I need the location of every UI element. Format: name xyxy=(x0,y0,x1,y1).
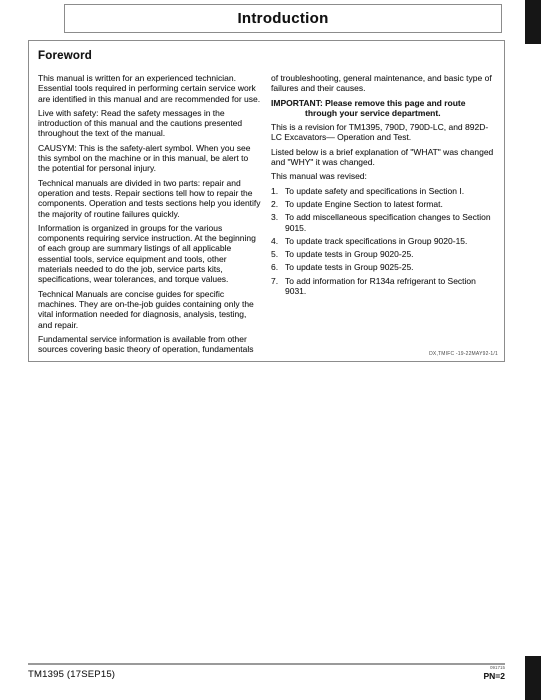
foreword-paragraph: Technical Manuals are concise guides for… xyxy=(38,289,262,330)
revision-item: 2. To update Engine Section to latest fo… xyxy=(271,199,499,209)
foreword-paragraph: Technical manuals are divided in two par… xyxy=(38,178,262,219)
section-edge-tab-top xyxy=(525,0,541,44)
revision-item: 5. To update tests in Group 9020-25. xyxy=(271,249,499,259)
revision-text: To update safety and specifications in S… xyxy=(285,186,499,196)
footer-print-code: 091715 xyxy=(490,665,505,670)
foreword-paragraph: Listed below is a brief explanation of "… xyxy=(271,147,499,168)
foreword-right-column: of troubleshooting, general maintenance,… xyxy=(271,73,499,299)
revision-number: 1. xyxy=(271,186,285,196)
footer-rule xyxy=(28,663,505,665)
foreword-paragraph: Live with safety: Read the safety messag… xyxy=(38,108,262,139)
important-note: IMPORTANT: Please remove this page and r… xyxy=(271,98,499,119)
revision-text: To update track specifications in Group … xyxy=(285,236,499,246)
revision-text: To update Engine Section to latest forma… xyxy=(285,199,499,209)
revision-text: To update tests in Group 9025-25. xyxy=(285,262,499,272)
page-title: Introduction xyxy=(237,10,328,27)
revised-label: This manual was revised: xyxy=(271,171,499,181)
footer-manual-id: TM1395 (17SEP15) xyxy=(28,669,115,680)
revision-number: 3. xyxy=(271,212,285,233)
revision-item: 1. To update safety and specifications i… xyxy=(271,186,499,196)
foreword-left-column: This manual is written for an experience… xyxy=(38,73,262,358)
revision-number: 7. xyxy=(271,276,285,297)
revision-number: 4. xyxy=(271,236,285,246)
foreword-paragraph: Fundamental service information is avail… xyxy=(38,334,262,355)
manual-page: Introduction Foreword This manual is wri… xyxy=(0,0,541,700)
revision-item: 7. To add information for R134a refriger… xyxy=(271,276,499,297)
foreword-box: Foreword This manual is written for an e… xyxy=(28,40,505,362)
revision-text: To add information for R134a refrigerant… xyxy=(285,276,499,297)
revision-number: 2. xyxy=(271,199,285,209)
section-edge-tab-bottom xyxy=(525,656,541,700)
revision-text: To update tests in Group 9020-25. xyxy=(285,249,499,259)
revision-item: 3. To add miscellaneous specification ch… xyxy=(271,212,499,233)
footer-page-number: PN=2 xyxy=(484,671,506,681)
foreword-paragraph: This manual is written for an experience… xyxy=(38,73,262,104)
revision-item: 4. To update track specifications in Gro… xyxy=(271,236,499,246)
revision-item: 6. To update tests in Group 9025-25. xyxy=(271,262,499,272)
revision-number: 6. xyxy=(271,262,285,272)
revision-text: To add miscellaneous specification chang… xyxy=(285,212,499,233)
foreword-paragraph: CAUSYM: This is the safety-alert symbol.… xyxy=(38,143,262,174)
foreword-paragraph: Information is organized in groups for t… xyxy=(38,223,262,285)
doc-code: DX,TMIFC -19-22MAY92-1/1 xyxy=(429,351,498,357)
foreword-paragraph: This is a revision for TM1395, 790D, 790… xyxy=(271,122,499,143)
foreword-heading: Foreword xyxy=(38,50,92,62)
title-box: Introduction xyxy=(64,4,502,33)
foreword-paragraph: of troubleshooting, general maintenance,… xyxy=(271,73,499,94)
revision-number: 5. xyxy=(271,249,285,259)
